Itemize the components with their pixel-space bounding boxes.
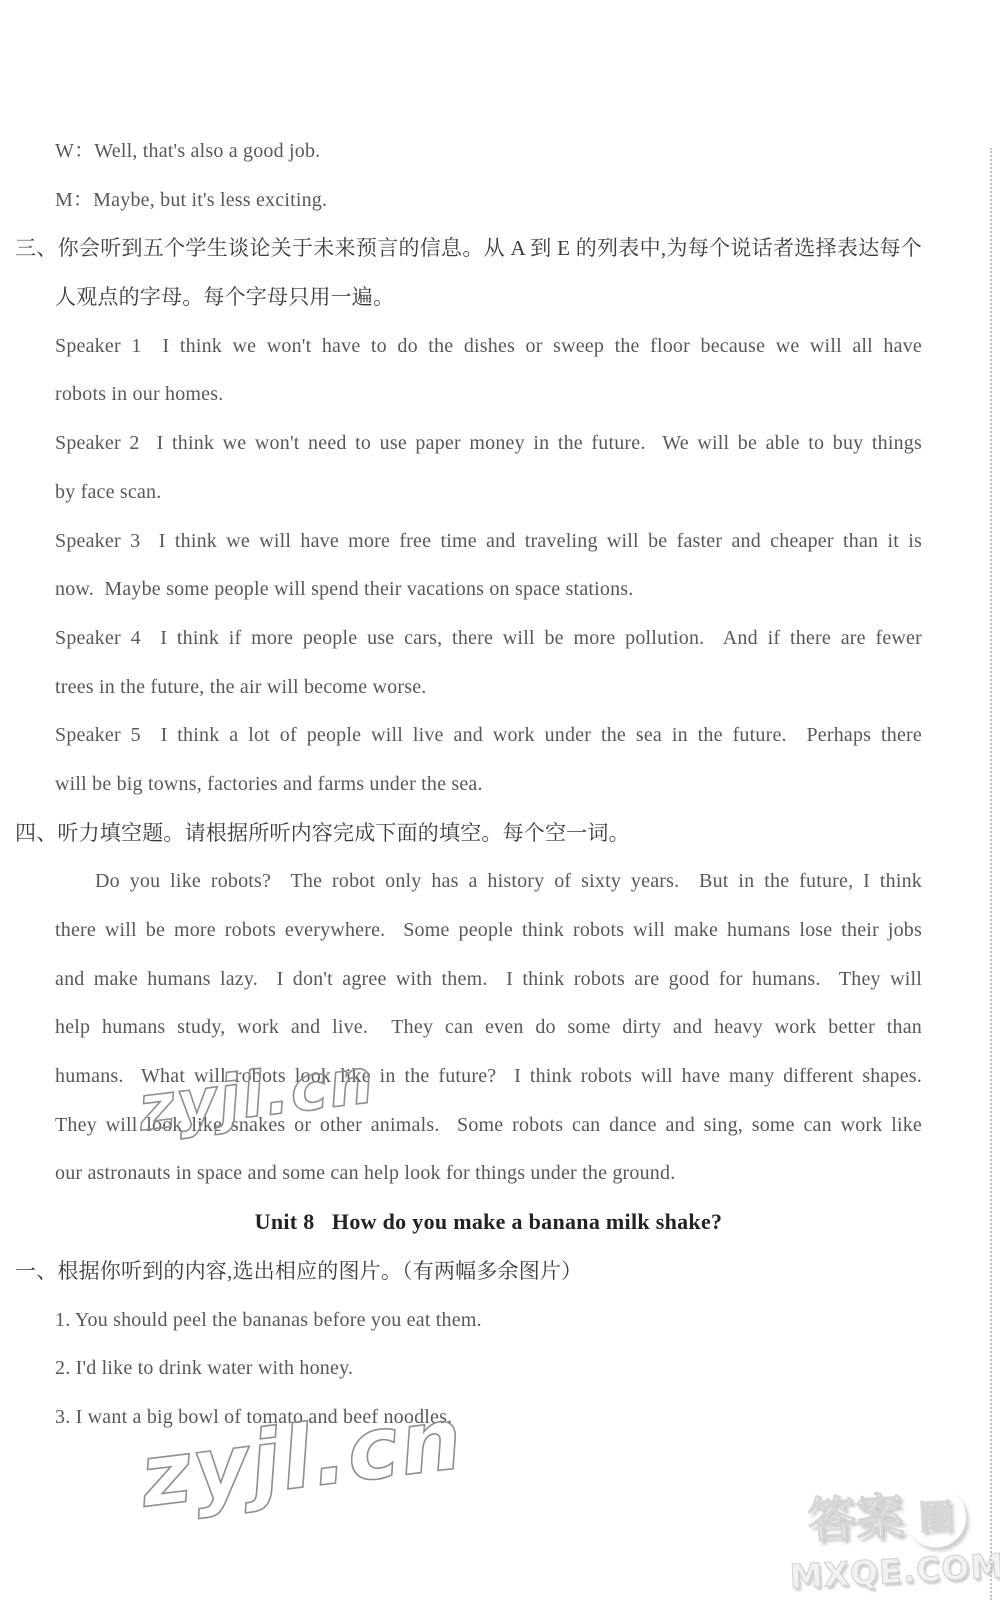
fill-passage-line-1: Do you like robots? The robot only has a… [55, 857, 922, 906]
speaker-1-line-1: Speaker 1 I think we won't have to do th… [55, 322, 922, 371]
fill-passage-line-2: there will be more robots everywhere. So… [55, 906, 922, 955]
right-dotted-divider [990, 148, 992, 1600]
unit8-section-one-heading: 一、根据你听到的内容,选出相应的图片。（有两幅多余图片） [15, 1247, 922, 1296]
speaker-1-line-2: robots in our homes. [55, 370, 922, 419]
speaker-5-line-1: Speaker 5 I think a lot of people will l… [55, 711, 922, 760]
fill-passage-line-7: our astronauts in space and some can hel… [55, 1149, 922, 1198]
fill-passage-line-5: humans. What will robots look like in th… [55, 1052, 922, 1101]
answer-circle-badge: 圈 [904, 1486, 967, 1549]
speaker-4-line-1: Speaker 4 I think if more people use car… [55, 614, 922, 663]
speaker-5-line-2: will be big towns, factories and farms u… [55, 760, 922, 809]
speaker-2-line-2: by face scan. [55, 468, 922, 517]
speaker-3-line-2: now. Maybe some people will spend their … [55, 565, 922, 614]
speaker-3-line-1: Speaker 3 I think we will have more free… [55, 517, 922, 566]
text-column: W：Well, that's also a good job. M：Maybe,… [55, 127, 922, 1442]
answer-circle-watermark: 答案圈 MXQE.COM [785, 1484, 990, 1595]
section-three-heading-line-1: 三、你会听到五个学生谈论关于未来预言的信息。从 A 到 E 的列表中,为每个说话… [15, 224, 922, 273]
item-3: 3. I want a big bowl of tomato and beef … [55, 1393, 922, 1442]
answer-circle-label: 答案 [806, 1488, 905, 1549]
dialog-line-w: W：Well, that's also a good job. [55, 127, 922, 176]
item-1: 1. You should peel the bananas before yo… [55, 1296, 922, 1345]
section-three-heading-line-2: 人观点的字母。每个字母只用一遍。 [55, 273, 922, 322]
fill-passage-line-3: and make humans lazy. I don't agree with… [55, 955, 922, 1004]
speaker-4-line-2: trees in the future, the air will become… [55, 663, 922, 712]
fill-passage-line-4: help humans study, work and live. They c… [55, 1003, 922, 1052]
dialog-line-m: M：Maybe, but it's less exciting. [55, 176, 922, 225]
section-four-heading: 四、听力填空题。请根据所听内容完成下面的填空。每个空一词。 [15, 809, 922, 858]
mxqe-site-watermark: MXQE.COM [789, 1549, 991, 1595]
unit-8-title: Unit 8 How do you make a banana milk sha… [55, 1198, 922, 1247]
answer-circle-text-row: 答案圈 [785, 1484, 988, 1555]
speaker-2-line-1: Speaker 2 I think we won't need to use p… [55, 419, 922, 468]
fill-passage-line-6: They will look like snakes or other anim… [55, 1101, 922, 1150]
scanned-document-page: W：Well, that's also a good job. M：Maybe,… [0, 0, 1000, 1600]
item-2: 2. I'd like to drink water with honey. [55, 1344, 922, 1393]
